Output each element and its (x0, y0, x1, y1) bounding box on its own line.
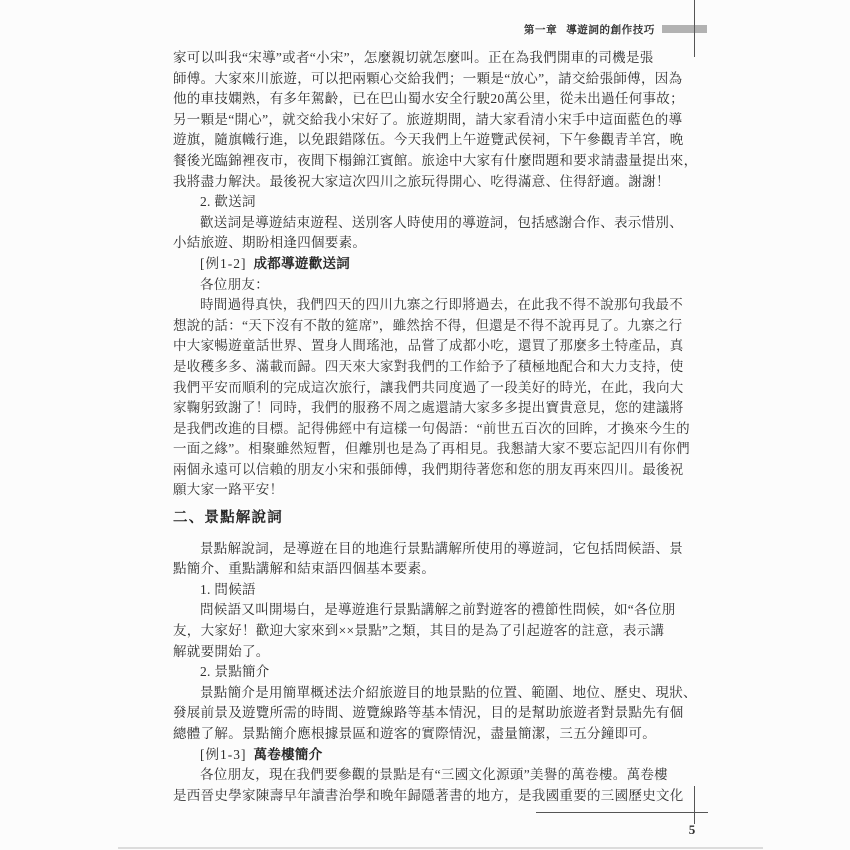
text-line: 解就要開始了。 (173, 642, 687, 663)
example-heading: [例1-3]萬卷樓簡介 (173, 745, 687, 766)
example-text-line: 想說的話：“天下沒有不散的筵席”，雖然捨不得，但還是不得不說再見了。九寨之行 (173, 316, 687, 337)
running-header-chapter: 第一章 (524, 22, 557, 37)
page-number: 5 (683, 822, 701, 838)
example-text-line: 願大家一路平安！ (173, 480, 687, 501)
page-edge-shadow (118, 847, 763, 849)
header-rule-bar (662, 25, 707, 33)
text-line: 小結旅遊、期盼相逢四個要素。 (173, 233, 687, 254)
text-line: 景點簡介是用簡單概述法介紹旅遊目的地景點的位置、範圍、地位、歷史、現狀、 (173, 683, 687, 704)
text-line: 另一顆是“開心”，就交給我小宋好了。旅遊期間，請大家看清小宋手中這面藍色的導 (173, 110, 687, 131)
example-title: 萬卷樓簡介 (254, 747, 323, 762)
example-heading: [例1-2]成都導遊歡送詞 (173, 254, 687, 275)
running-header: 第一章 導遊詞的創作技巧 (400, 20, 707, 38)
text-line: 他的車技嫻熟，有多年駕齡，已在巴山蜀水安全行駛20萬公里，從未出過任何事故； (173, 89, 687, 110)
example-text-line: 一面之緣”。相聚雖然短暫，但離別也是為了再相見。我懇請大家不要忘記四川有你們 (173, 439, 687, 460)
example-text-line: 我們平安而順利的完成這次旅行，讓我們共同度過了一段美好的時光，在此，我向大 (173, 378, 687, 399)
book-page: 第一章 導遊詞的創作技巧 家可以叫我“宋導”或者“小宋”，怎麼親切就怎麼叫。正在… (0, 0, 850, 850)
running-header-title: 導遊詞的創作技巧 (566, 22, 655, 37)
example-text-line: 各位朋友，現在我們要參觀的景點是有“三國文化源頭”美譽的萬卷樓。萬卷樓 (173, 765, 687, 786)
example-text-line: 時間過得真快，我們四天的四川九寨之行即將過去，在此我不得不說那句我最不 (173, 295, 687, 316)
example-text-line: 家鞠躬致謝了！同時，我們的服務不周之處還請大家多多提出寶貴意見，您的建議將 (173, 398, 687, 419)
example-text-line: 中大家暢遊童話世界、置身人間瑤池，品嘗了成都小吃，還買了那麼多土特產品，真 (173, 336, 687, 357)
text-line: 友，大家好！歡迎大家來到××景點”之類，其目的是為了引起遊客的註意，表示講 (173, 621, 687, 642)
example-label: [例1-3] (200, 747, 247, 762)
subheading: 2. 景點簡介 (173, 662, 687, 683)
text-line: 我將盡力解決。最後祝大家這次四川之旅玩得開心、吃得滿意、住得舒適。謝謝！ (173, 172, 687, 193)
crop-mark-bottom-right-horizontal (536, 812, 708, 813)
text-line: 遊旗，隨旗幟行進，以免跟錯隊伍。今天我們上午遊覽武侯祠，下午參觀青羊宮，晚 (173, 130, 687, 151)
example-text-line: 各位朋友： (173, 275, 687, 296)
section-heading: 二、景點解說詞 (173, 508, 687, 529)
text-line: 問候語又叫開場白，是導遊進行景點講解之前對遊客的禮節性問候，如“各位朋 (173, 600, 687, 621)
crop-mark-bottom-right-vertical (694, 786, 695, 824)
subheading: 2. 歡送詞 (173, 192, 687, 213)
text-line: 師傅。大家來川旅遊，可以把兩顆心交給我們；一顆是“放心”，請交給張師傅，因為 (173, 69, 687, 90)
example-text-line: 兩個永遠可以信賴的朋友小宋和張師傅，我們期待著您和您的朋友再來四川。最後祝 (173, 460, 687, 481)
text-line: 家可以叫我“宋導”或者“小宋”，怎麼親切就怎麼叫。正在為我們開車的司機是張 (173, 48, 687, 69)
example-text-line: 是西晉史學家陳壽早年讀書治學和晚年歸隱著書的地方，是我國重要的三國歷史文化 (173, 786, 687, 807)
example-title: 成都導遊歡送詞 (254, 256, 351, 271)
example-text-line: 是我們改進的目標。記得佛經中有這樣一句偈語：“前世五百次的回眸，才換來今生的 (173, 419, 687, 440)
text-line: 景點解說詞，是導遊在目的地進行景點講解所使用的導遊詞，它包括問候語、景 (173, 539, 687, 560)
text-line: 歡送詞是導遊結束遊程、送別客人時使用的導遊詞，包括感謝合作、表示惜別、 (173, 213, 687, 234)
text-line: 發展前景及遊覽所需的時間、遊覽線路等基本情況，目的是幫助旅遊者對景點先有個 (173, 703, 687, 724)
example-label: [例1-2] (200, 256, 247, 271)
text-line: 總體了解。景點簡介應根據景區和遊客的實際情況，盡量簡潔，三五分鐘即可。 (173, 724, 687, 745)
text-line: 點簡介、重點講解和結束語四個基本要素。 (173, 559, 687, 580)
text-line: 餐後光臨錦裡夜市，夜間下榻錦江賓館。旅途中大家有什麼問題和要求請盡量提出來， (173, 151, 687, 172)
example-text-line: 是收穫多多、滿載而歸。四天來大家對我們的工作給予了積極地配合和大力支持，使 (173, 357, 687, 378)
crop-mark-top-right-vertical (694, 0, 695, 57)
page-content: 家可以叫我“宋導”或者“小宋”，怎麼親切就怎麼叫。正在為我們開車的司機是張師傅。… (173, 48, 687, 806)
subheading: 1. 問候語 (173, 580, 687, 601)
